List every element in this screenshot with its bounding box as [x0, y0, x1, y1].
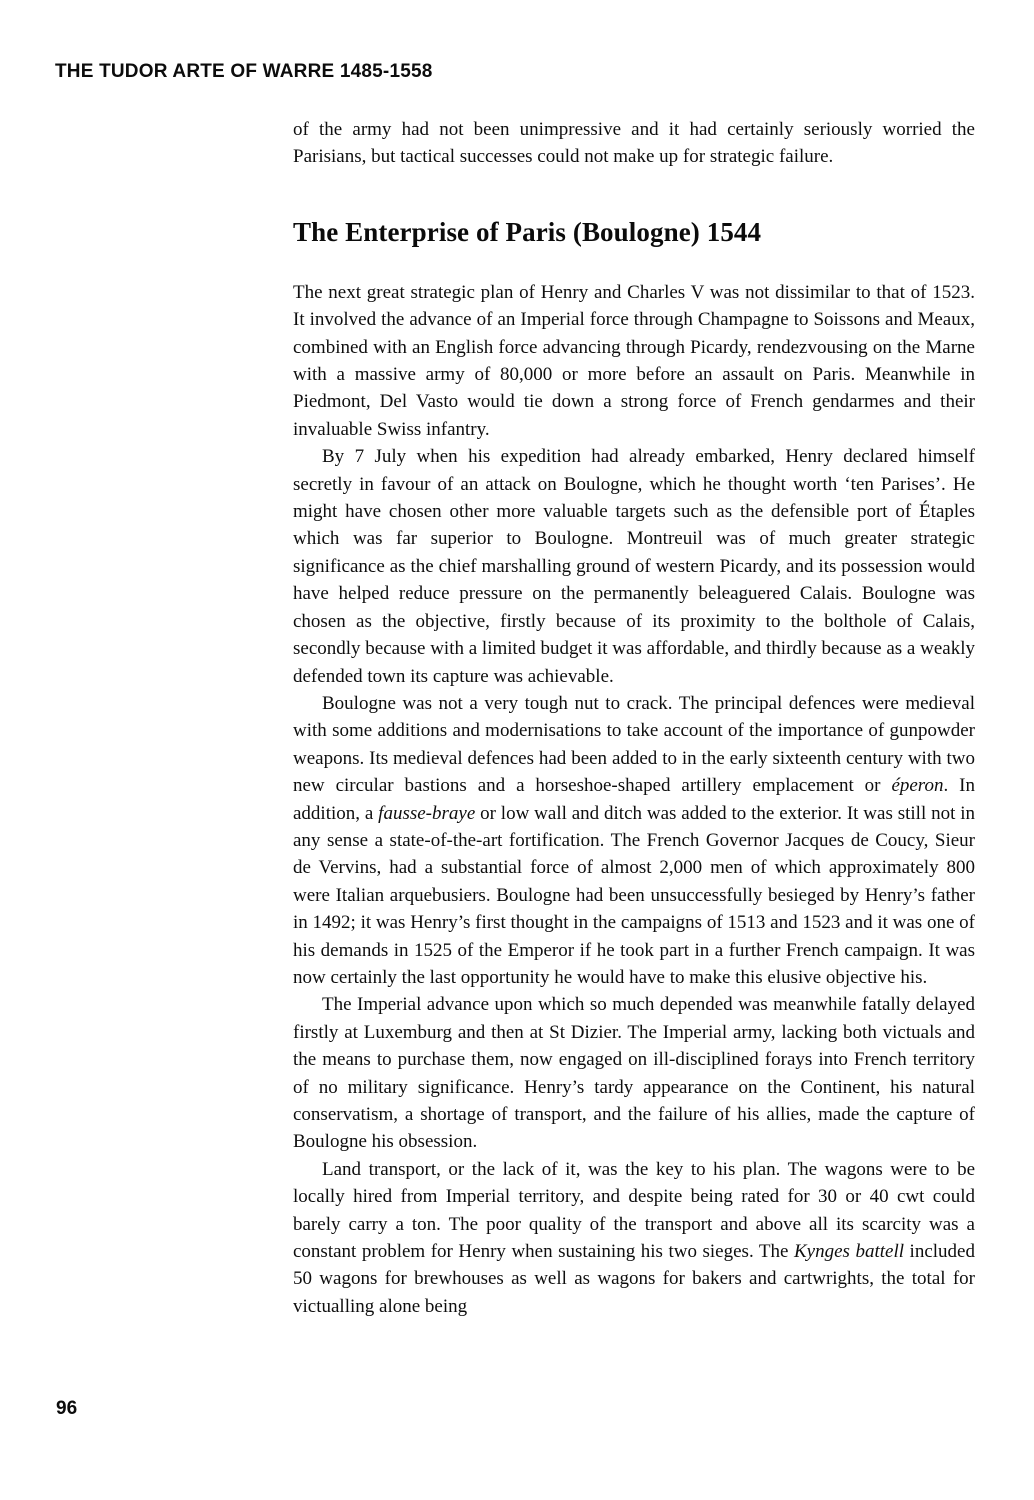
- paragraph-5: Land transport, or the lack of it, was t…: [293, 1156, 975, 1320]
- paragraph-1: The next great strategic plan of Henry a…: [293, 279, 975, 443]
- paragraph-intro: of the army had not been unimpressive an…: [293, 116, 975, 171]
- page-text-column: of the army had not been unimpressive an…: [293, 116, 975, 1320]
- italic-term-fausse-braye: fausse-braye: [378, 803, 475, 824]
- paragraph-4: The Imperial advance upon which so much …: [293, 991, 975, 1155]
- paragraph-3-segment: or low wall and ditch was added to the e…: [293, 803, 975, 988]
- section-heading: The Enterprise of Paris (Boulogne) 1544: [293, 216, 975, 248]
- paragraph-3: Boulogne was not a very tough nut to cra…: [293, 690, 975, 991]
- italic-term-eperon: éperon: [891, 775, 943, 796]
- page-number: 96: [56, 1398, 77, 1420]
- book-page: THE TUDOR ARTE OF WARRE 1485-1558 of the…: [0, 0, 1034, 1500]
- paragraph-2: By 7 July when his expedition had alread…: [293, 443, 975, 690]
- paragraph-3-segment: Boulogne was not a very tough nut to cra…: [293, 693, 975, 796]
- italic-term-kynges-battell: Kynges battell: [794, 1241, 904, 1262]
- running-title: THE TUDOR ARTE OF WARRE 1485-1558: [55, 61, 433, 83]
